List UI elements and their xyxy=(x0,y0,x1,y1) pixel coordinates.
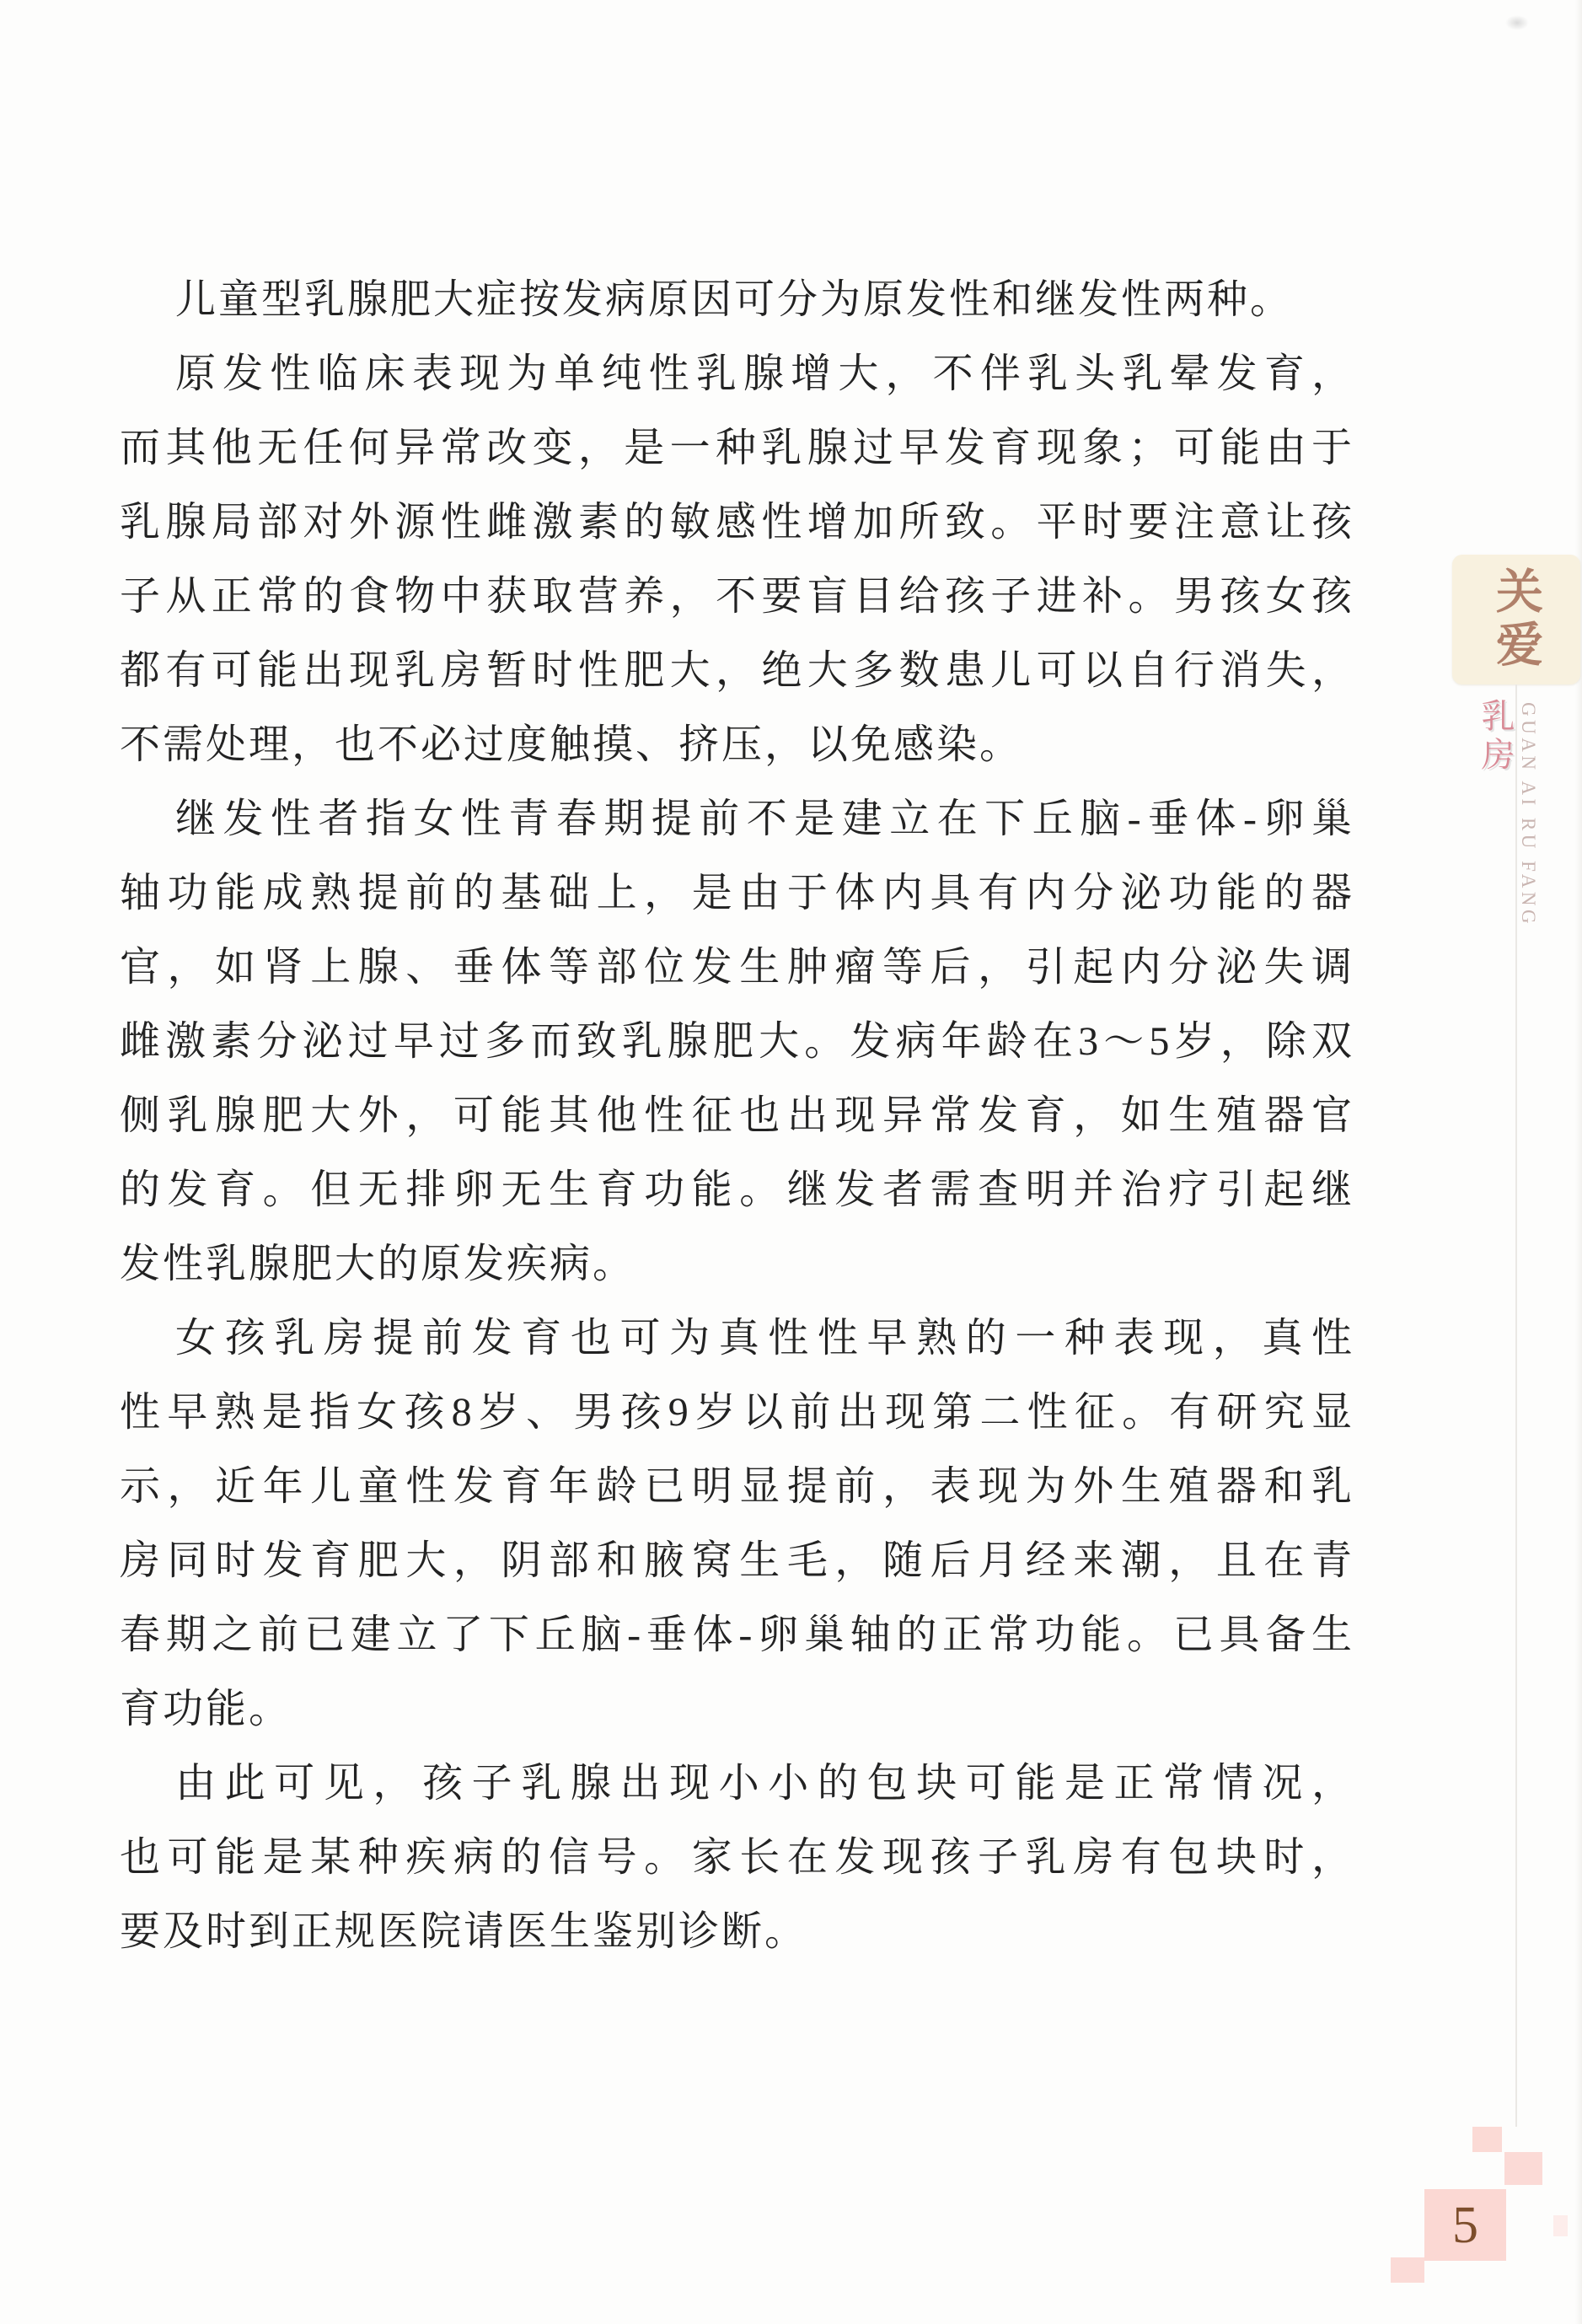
deco-square xyxy=(1553,2215,1568,2236)
page-number-square: 5 xyxy=(1424,2189,1506,2261)
text-line: 育功能。 xyxy=(120,1672,1352,1747)
text-line: 性早熟是指女孩8岁、男孩9岁以前出现第二性征。有研究显 xyxy=(120,1376,1352,1450)
text-line: 官，如肾上腺、垂体等部位发生肿瘤等后，引起内分泌失调 xyxy=(120,931,1352,1005)
sidebar-tab: 关爱 xyxy=(1452,555,1580,684)
text-line: 雌激素分泌过早过多而致乳腺肥大。发病年龄在3～5岁，除双 xyxy=(120,1005,1352,1079)
text-line: 女孩乳房提前发育也可为真性性早熟的一种表现，真性 xyxy=(120,1302,1352,1376)
sidebar-tab-label: 关爱 xyxy=(1483,566,1550,673)
deco-square xyxy=(1391,2257,1424,2283)
text-line: 继发性者指女性青春期提前不是建立在下丘脑-垂体-卵巢 xyxy=(120,782,1352,856)
text-line: 乳腺局部对外源性雌激素的敏感性增加所致。平时要注意让孩 xyxy=(120,486,1352,560)
page-edge-shadow xyxy=(1575,0,1582,2324)
text-line: 的发育。但无排卵无生育功能。继发者需查明并治疗引起继 xyxy=(120,1153,1352,1227)
text-line: 轴功能成熟提前的基础上，是由于体内具有内分泌功能的器 xyxy=(120,856,1352,931)
text-line: 子从正常的食物中获取营养，不要盲目给孩子进补。男孩女孩 xyxy=(120,560,1352,634)
text-line: 侧乳腺肥大外，可能其他性征也出现异常发育，如生殖器官 xyxy=(120,1079,1352,1153)
text-line: 要及时到正规医院请医生鉴别诊断。 xyxy=(120,1895,1352,1969)
scan-smudge xyxy=(1505,15,1529,30)
text-line: 也可能是某种疾病的信号。家长在发现孩子乳房有包块时， xyxy=(120,1821,1352,1895)
text-line: 房同时发育肥大，阴部和腋窝生毛，随后月经来潮，且在青 xyxy=(120,1524,1352,1598)
text-line: 由此可见，孩子乳腺出现小小的包块可能是正常情况， xyxy=(120,1747,1352,1821)
body-text: 儿童型乳腺肥大症按发病原因可分为原发性和继发性两种。原发性临床表现为单纯性乳腺增… xyxy=(120,263,1352,1969)
series-title: 乳房 xyxy=(1472,698,1520,776)
text-line: 原发性临床表现为单纯性乳腺增大，不伴乳头乳晕发育， xyxy=(120,337,1352,411)
text-line: 都有可能出现乳房暂时性肥大，绝大多数患儿可以自行消失， xyxy=(120,634,1352,708)
series-title-pinyin: GUAN AI RU FANG xyxy=(1517,702,1539,947)
deco-square xyxy=(1504,2152,1542,2185)
text-line: 春期之前已建立了下丘脑-垂体-卵巢轴的正常功能。已具备生 xyxy=(120,1598,1352,1672)
text-line: 发性乳腺肥大的原发疾病。 xyxy=(120,1227,1352,1302)
text-line: 示，近年儿童性发育年龄已明显提前，表现为外生殖器和乳 xyxy=(120,1450,1352,1524)
deco-square xyxy=(1472,2127,1502,2152)
book-page: 儿童型乳腺肥大症按发病原因可分为原发性和继发性两种。原发性临床表现为单纯性乳腺增… xyxy=(0,0,1582,2324)
sidebar-vertical-rule xyxy=(1515,684,1517,2127)
text-line: 而其他无任何异常改变，是一种乳腺过早发育现象；可能由于 xyxy=(120,411,1352,486)
text-line: 不需处理，也不必过度触摸、挤压，以免感染。 xyxy=(120,708,1352,782)
text-line: 儿童型乳腺肥大症按发病原因可分为原发性和继发性两种。 xyxy=(120,263,1352,337)
page-number: 5 xyxy=(1452,2199,1478,2252)
